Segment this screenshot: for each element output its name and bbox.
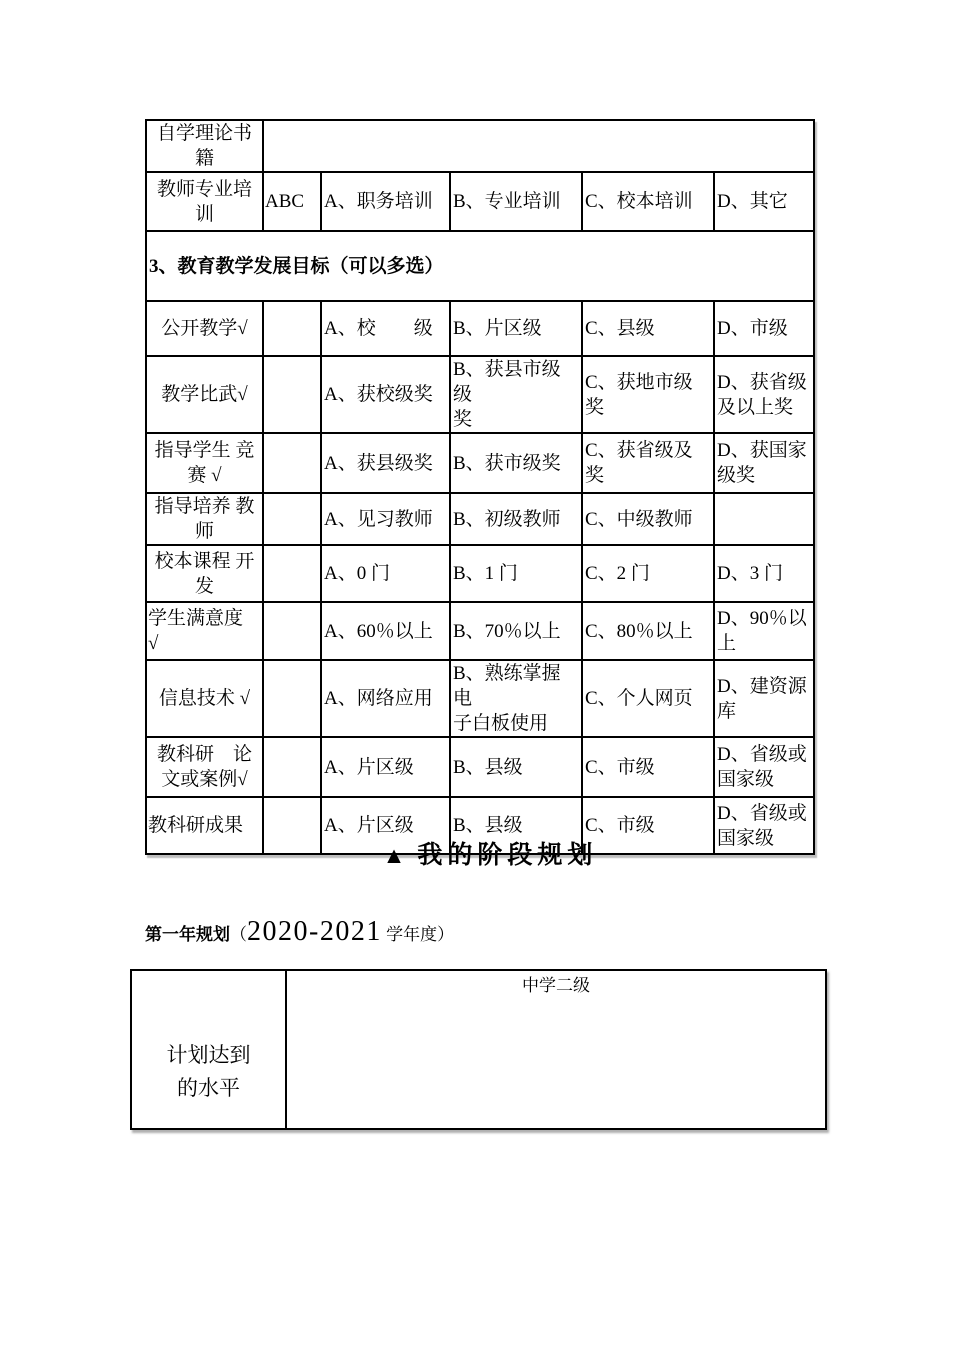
empty-cell xyxy=(263,120,814,172)
plan-heading-suffix: 学年度） xyxy=(382,925,454,944)
table-row: 自学理论书 籍 xyxy=(146,120,814,172)
option-a-cell: A、片区级 xyxy=(321,737,450,797)
option-a-cell: A、0 门 xyxy=(321,545,450,602)
option-b-cell: B、70％以上 xyxy=(450,602,582,660)
option-d-cell: D、3 门 xyxy=(714,545,814,602)
stage-plan-title-text: 我的阶段规划 xyxy=(417,842,597,869)
answer-cell xyxy=(263,356,321,433)
option-b-cell: B、1 门 xyxy=(450,545,582,602)
teacher-development-table: 自学理论书 籍 教师专业培 训 ABC A、职务培训 B、专业培训 C、校本培训… xyxy=(145,119,815,855)
plan-level-value-cell: 中学二级 xyxy=(286,970,826,1129)
answer-cell xyxy=(263,493,321,545)
row-label-cell: 教学比武√ xyxy=(146,356,263,433)
answer-cell xyxy=(263,737,321,797)
option-b-cell: B、片区级 xyxy=(450,301,582,356)
option-c-cell: C、80％以上 xyxy=(582,602,714,660)
table-row: 公开教学√ A、校 级 B、片区级 C、县级 D、市级 xyxy=(146,301,814,356)
option-a-cell: A、职务培训 xyxy=(321,172,450,231)
first-year-plan-table: 计划达到 的水平 中学二级 xyxy=(130,969,827,1130)
row-label-cell: 教科研 论 文或案例√ xyxy=(146,737,263,797)
option-d-cell: D、建资源 库 xyxy=(714,660,814,737)
option-c-cell: C、个人网页 xyxy=(582,660,714,737)
option-d-cell: D、其它 xyxy=(714,172,814,231)
option-b-cell: B、县级 xyxy=(450,737,582,797)
plan-heading-year: 2020-2021 xyxy=(247,916,382,947)
option-a-cell: A、获校级奖 xyxy=(321,356,450,433)
stage-plan-title: ▲我的阶段规划 xyxy=(130,840,850,872)
table-row: 指导培养 教 师 A、见习教师 B、初级教师 C、中级教师 xyxy=(146,493,814,545)
option-d-cell: D、获省级 及以上奖 xyxy=(714,356,814,433)
option-c-cell: C、县级 xyxy=(582,301,714,356)
option-a-cell: A、获县级奖 xyxy=(321,433,450,493)
option-b-cell: B、获县市级级 奖 xyxy=(450,356,582,433)
option-a-cell: A、60％以上 xyxy=(321,602,450,660)
option-c-cell: C、获地市级奖 xyxy=(582,356,714,433)
option-d-cell: D、市级 xyxy=(714,301,814,356)
table-row: 教科研 论 文或案例√ A、片区级 B、县级 C、市级 D、省级或 国家级 xyxy=(146,737,814,797)
row-label-cell: 校本课程 开 发 xyxy=(146,545,263,602)
option-d-cell xyxy=(714,493,814,545)
table-row: 教师专业培 训 ABC A、职务培训 B、专业培训 C、校本培训 D、其它 xyxy=(146,172,814,231)
option-b-cell: B、专业培训 xyxy=(450,172,582,231)
row-label-cell: 自学理论书 籍 xyxy=(146,120,263,172)
option-b-cell: B、获市级奖 xyxy=(450,433,582,493)
table-row: 教学比武√ A、获校级奖 B、获县市级级 奖 C、获地市级奖 D、获省级 及以上… xyxy=(146,356,814,433)
option-b-cell: B、熟练掌握电 子白板使用 xyxy=(450,660,582,737)
option-c-cell: C、2 门 xyxy=(582,545,714,602)
section-3-heading: 3、教育教学发展目标（可以多选） xyxy=(146,231,814,301)
option-c-cell: C、中级教师 xyxy=(582,493,714,545)
row-label-cell: 信息技术 √ xyxy=(146,660,263,737)
row-label-cell: 教师专业培 训 xyxy=(146,172,263,231)
option-a-cell: A、校 级 xyxy=(321,301,450,356)
row-label-cell: 指导培养 教 师 xyxy=(146,493,263,545)
option-c-cell: C、校本培训 xyxy=(582,172,714,231)
answer-cell xyxy=(263,301,321,356)
option-d-cell: D、获国家 级奖 xyxy=(714,433,814,493)
row-label-cell: 指导学生 竞 赛 √ xyxy=(146,433,263,493)
answer-cell xyxy=(263,433,321,493)
answer-cell xyxy=(263,660,321,737)
row-label-cell: 学生满意度 √ xyxy=(146,602,263,660)
first-year-plan-heading: 第一年规划（2020-2021 学年度） xyxy=(145,910,454,954)
option-c-cell: C、市级 xyxy=(582,737,714,797)
row-label-cell: 公开教学√ xyxy=(146,301,263,356)
plan-level-label-cell: 计划达到 的水平 xyxy=(131,970,286,1129)
table-row: 校本课程 开 发 A、0 门 B、1 门 C、2 门 D、3 门 xyxy=(146,545,814,602)
table-row: 信息技术 √ A、网络应用 B、熟练掌握电 子白板使用 C、个人网页 D、建资源… xyxy=(146,660,814,737)
answer-cell xyxy=(263,545,321,602)
table-row: 3、教育教学发展目标（可以多选） xyxy=(146,231,814,301)
table-row: 计划达到 的水平 中学二级 xyxy=(131,970,826,1129)
option-d-cell: D、省级或 国家级 xyxy=(714,737,814,797)
option-a-cell: A、见习教师 xyxy=(321,493,450,545)
option-c-cell: C、获省级及奖 xyxy=(582,433,714,493)
answer-cell: ABC xyxy=(263,172,321,231)
table-row: 学生满意度 √ A、60％以上 B、70％以上 C、80％以上 D、90％以 上 xyxy=(146,602,814,660)
option-d-cell: D、90％以 上 xyxy=(714,602,814,660)
plan-heading-paren-open: （ xyxy=(230,925,247,944)
answer-cell xyxy=(263,602,321,660)
table-row: 指导学生 竞 赛 √ A、获县级奖 B、获市级奖 C、获省级及奖 D、获国家 级… xyxy=(146,433,814,493)
option-a-cell: A、网络应用 xyxy=(321,660,450,737)
plan-heading-bold-text: 第一年规划 xyxy=(145,925,230,944)
option-b-cell: B、初级教师 xyxy=(450,493,582,545)
triangle-icon: ▲ xyxy=(383,843,406,868)
